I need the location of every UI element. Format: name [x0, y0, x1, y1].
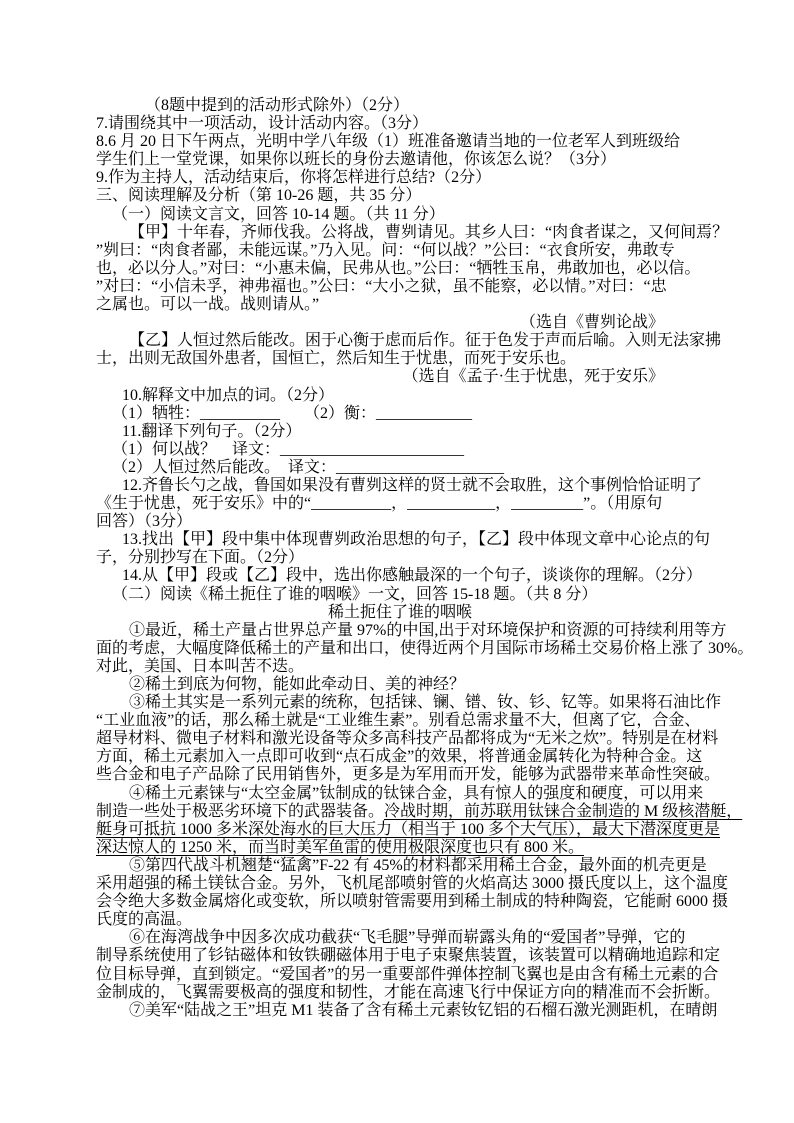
q10-blanks: （1）牺牲：__________ （2）衡：____________ [96, 405, 704, 423]
para5-line2: 采用超强的稀土镁钛合金。另外，飞机尾部喷射管的火焰高达 3000 摄氏度以上，这… [96, 875, 704, 893]
q14: 14.从【甲】段或【乙】段中，选出你感触最深的一个句子，谈谈你的理解。（2分） [96, 567, 704, 585]
para2-line1: ②稀土到底为何物，能如此牵动日、美的神经？ [96, 676, 704, 694]
passage-jia-line3: 也，必以分人。”对曰：“小惠未偏，民弗从也。”公曰：“牺牲玉帛，弗敢加也，必以信… [96, 260, 704, 278]
q8-line1: 8.6 月 20 日下午两点，光明中学八年级（1）班准备邀请当地的一位老军人到班… [96, 133, 704, 151]
source-yi: （选自《孟子·生于忧患，死于安乐》 [96, 368, 704, 386]
para3-line1: ③稀土其实是一系列元素的统称，包括铼、镧、镨、钕、钐、钇等。如果将石油比作 [96, 694, 704, 712]
para1-line2: 面的考虑，大幅度降低稀土的产量和出口，使得近两个月国际市场稀土交易价格上涨了 3… [96, 640, 704, 658]
q7: 7.请围绕其中一项活动，设计活动内容。（3分） [96, 115, 704, 133]
para3-line3: 超导材料、微电子材料和激光设备等众多高科技产品都将成为“无米之炊”。特别是在材料 [96, 730, 704, 748]
q11-item2: （2）人恒过然后能改。 译文：_____________________ [96, 459, 704, 477]
para3-line5: 些合金和电子产品除了民用销售外，更多是为军用而开发，能够为武器带来革命性突破。 [96, 766, 704, 784]
para3-line4: 方面，稀土元素加入一点即可收到“点石成金”的效果，将普通金属转化为特种合金。这 [96, 748, 704, 766]
q11: 11.翻译下列句子。（2分） [96, 423, 704, 441]
passage-yi-line1: 【乙】人恒过然后能改。困于心衡于虑而后作。征于色发于声而后喻。入则无法家拂 [96, 332, 704, 350]
passage-yi-line2: 士，出则无敌国外患者，国恒亡，然后知生于忧患，而死于安乐也。 [96, 350, 704, 368]
para7-line1: ⑦美军“陆战之王”坦克 M1 装备了含有稀土元素钕钇铝的石榴石激光测距机，在晴朗 [96, 1002, 704, 1020]
q13-line1: 13.找出【甲】段中集中体现曹刿政治思想的句子，【乙】段中体现文章中心论点的句 [96, 531, 704, 549]
q12-line3: 回答）（3分） [96, 513, 704, 531]
q11-item1: （1）何以战？ 译文：_______________________ [96, 441, 704, 459]
q10: 10.解释文中加点的词。（2分） [96, 387, 704, 405]
para6-line1: ⑥在海湾战争中因多次成功截获“飞毛腿”导弹而崭露头角的“爱国者”导弹，它的 [96, 929, 704, 947]
part-2-heading: （二）阅读《稀土扼住了谁的咽喉》一文，回答 15-18 题。（共 8 分） [96, 586, 704, 604]
passage-jia-line1: 【甲】十年春，齐师伐我。公将战，曹刿请见。其乡人曰：“肉食者谋之，又何间焉？ [96, 224, 704, 242]
para6-line4: 金制成的，飞翼需要极高的强度和韧性，才能在高速飞行中保证方向的精准而不会折断。 [96, 984, 704, 1002]
q9: 9.作为主持人，活动结束后，你将怎样进行总结?（2分） [96, 169, 704, 187]
para4-line4: 深达惊人的 1250 米，而当时美军鱼雷的使用极限深度也只有 800 米。 [96, 839, 704, 857]
para6-line3: 位目标导弹，直到锁定。“爱国者”的另一重要部件弹体控制飞翼也是由含有稀土元素的合 [96, 966, 704, 984]
exam-page: （8题中提到的活动形式除外）（2分）7.请围绕其中一项活动，设计活动内容。（3分… [0, 0, 794, 1123]
q12-line1: 12.齐鲁长勺之战，鲁国如果没有曹刿这样的贤士就不会取胜，这个事例恰恰证明了 [96, 477, 704, 495]
passage-jia-line4: ”对曰：“小信未孚，神弗福也。”公曰：“大小之狱，虽不能察，必以情。”对曰：“忠 [96, 278, 704, 296]
para4-line1: ④稀土元素铼与“太空金属”钛制成的钛铼合金，具有惊人的强度和硬度，可以用来 [96, 785, 704, 803]
essay-title: 稀土扼住了谁的咽喉 [96, 604, 704, 622]
para5-line4: 氏度的高温。 [96, 911, 704, 929]
para4-line3: 艇身可抵抗 1000 多米深处海水的巨大压力（相当于 100 多个大气压），最大… [96, 821, 704, 839]
q8-line2: 学生们上一堂党课，如果你以班长的身份去邀请他，你该怎么说？（3分） [96, 151, 704, 169]
text-segment: 制造一些处于极恶劣环境下的武器装备。 [96, 803, 384, 820]
passage-jia-line5: 之属也。可以一战。战则请从。” [96, 296, 704, 314]
para1-line3: 对此，美国、日本叫苦不迭。 [96, 658, 704, 676]
para3-line2: “工业血液”的话，那么稀土就是“工业维生素”。别看总需求量不大，但离了它，合金、 [96, 712, 704, 730]
source-jia: （选自《曹刿论战》 [96, 314, 704, 332]
q13-line2: 子，分别抄写在下面。（2分） [96, 549, 704, 567]
q6-continuation: （8题中提到的活动形式除外）（2分） [96, 97, 704, 115]
section-3-heading: 三、阅读理解及分析（第 10-26 题，共 35 分） [96, 187, 704, 205]
document-body: （8题中提到的活动形式除外）（2分）7.请围绕其中一项活动，设计活动内容。（3分… [96, 97, 704, 1020]
para1-line1: ①最近，稀土产量占世界总产量 97%的中国,出于对环境保护和资源的可持续利用等方 [96, 622, 704, 640]
part-1-heading: （一）阅读文言文，回答 10-14 题。（共 11 分） [96, 206, 704, 224]
para6-line2: 制导系统使用了钐钴磁体和钕铁硼磁体用于电子束聚焦装置，该装置可以精确地追踪和定 [96, 947, 704, 965]
q12-line2: 《生于忧患，死于安乐》中的“__________，___________，___… [96, 495, 704, 513]
passage-jia-line2: ”刿曰：“肉食者鄙，未能远谋。”乃入见。问：“何以战？”公曰：“衣食所安，弗敢专 [96, 242, 704, 260]
underlined-text-segment: 冷战时期，前苏联用钛铼合金制造的 M 级核潜艇， [384, 803, 742, 820]
para5-line3: 会令绝大多数金属熔化或变软，所以喷射管需要用到稀土制成的特种陶瓷，它能耐 600… [96, 893, 704, 911]
para5-line1: ⑤第四代战斗机翘楚“猛禽”F-22 有 45%的材料都采用稀土合金，最外面的机壳… [96, 857, 704, 875]
para4-line2: 制造一些处于极恶劣环境下的武器装备。冷战时期，前苏联用钛铼合金制造的 M 级核潜… [96, 803, 704, 821]
